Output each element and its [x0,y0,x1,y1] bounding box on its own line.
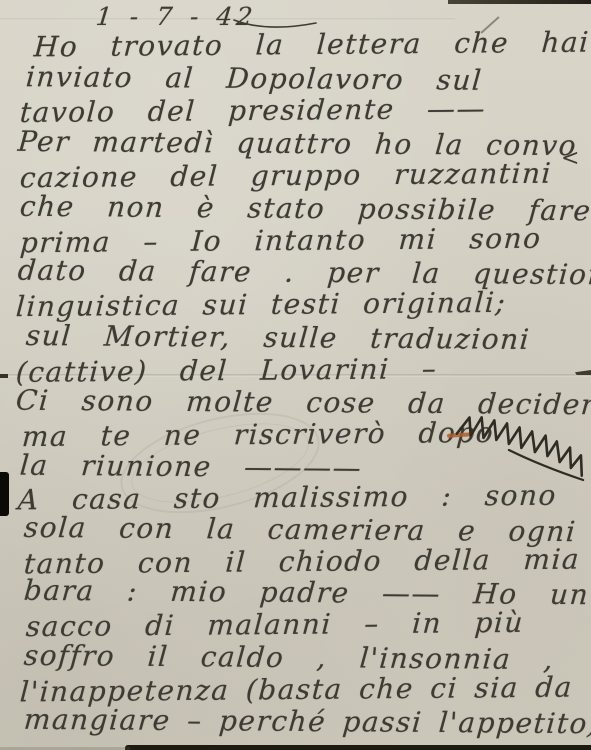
handwritten-line: la riunione ———— [19,449,364,485]
handwritten-line: sul Mortier, sulle traduzioni [25,319,532,356]
insertion-caret-mark: < [561,146,579,171]
letter-page: 1 - 7 - 42 Ho trovato la lettera che hai… [0,0,591,750]
handwritten-line: sacco di malanni – in più [25,606,525,643]
handwritten-line: tavolo del presidente —— [19,92,487,129]
handwritten-line: ma te ne riscriverò dopo [21,416,495,453]
right-crease-mark [575,370,591,375]
scan-edge-bottom [125,745,591,750]
handwritten-line: inviato al Dopolavoro sul [25,60,484,97]
handwritten-line: linguistica sui testi originali; [15,286,507,323]
left-edge-black-mark [0,472,9,516]
handwritten-line: Ho trovato la lettera che hai [33,26,591,64]
scan-edge-top [448,0,591,4]
handwritten-line: cazione del gruppo ruzzantini [19,157,553,195]
handwritten-line: mangiare – perché passi l'appetito) [23,703,591,741]
left-crease-mark [0,374,8,378]
